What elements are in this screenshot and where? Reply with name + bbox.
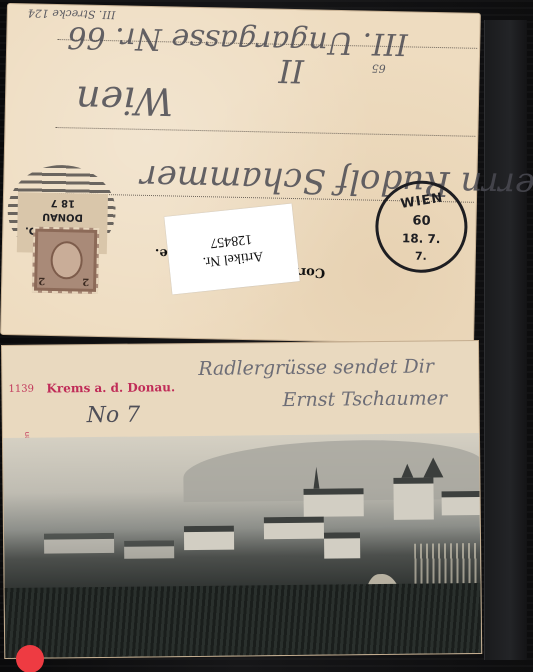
- handwritten-recipient: Herrn Rudolf Schammer: [140, 157, 533, 206]
- town-view-photo: [3, 433, 481, 658]
- wien-postmark: WIEN 60 18. 7. 7.: [374, 180, 468, 274]
- sleeve-edge: [484, 20, 527, 660]
- stamp-value-right: 2: [82, 276, 89, 287]
- postmark-date: 18. 7.: [378, 231, 464, 247]
- vineyard: [5, 583, 482, 658]
- article-label: Artikel Nr. 128457: [164, 204, 299, 295]
- postmark-number: 60: [378, 213, 464, 230]
- printed-header-tail: e.: [155, 245, 168, 260]
- postmark-hour: 7.: [378, 249, 464, 264]
- cancel-date: 18 7: [18, 194, 108, 210]
- stamp-portrait-icon: [50, 241, 83, 280]
- greeting-signature: Ernst Tschaumer: [282, 387, 447, 411]
- red-marker-dot: [16, 645, 44, 672]
- handwritten-city: Wien: [76, 77, 174, 123]
- address-line-2: [55, 127, 475, 137]
- postcard-back: III. Strecke 124 65 III. Ungargasse Nr. …: [1, 4, 480, 344]
- postcard-title: Krems a. d. Donau.: [46, 380, 175, 395]
- pencil-note-no: No 7: [87, 403, 141, 429]
- postcard-front: 1139 Krems a. d. Donau. Verlag v. Kunsta…: [2, 341, 481, 658]
- postmark-city: WIEN: [378, 187, 465, 215]
- greeting-line-1: Radlergrüsse sendet Dir: [198, 355, 434, 379]
- stamp-value-left: 2: [38, 275, 45, 286]
- town-buildings: [3, 473, 480, 568]
- handwritten-street: III. Ungargasse Nr. 66: [67, 19, 408, 61]
- handwritten-district: II: [278, 52, 304, 91]
- catalog-number: 1139: [8, 384, 34, 395]
- postage-stamp: 2 2: [32, 227, 99, 294]
- pencil-note-number: 65: [372, 62, 386, 75]
